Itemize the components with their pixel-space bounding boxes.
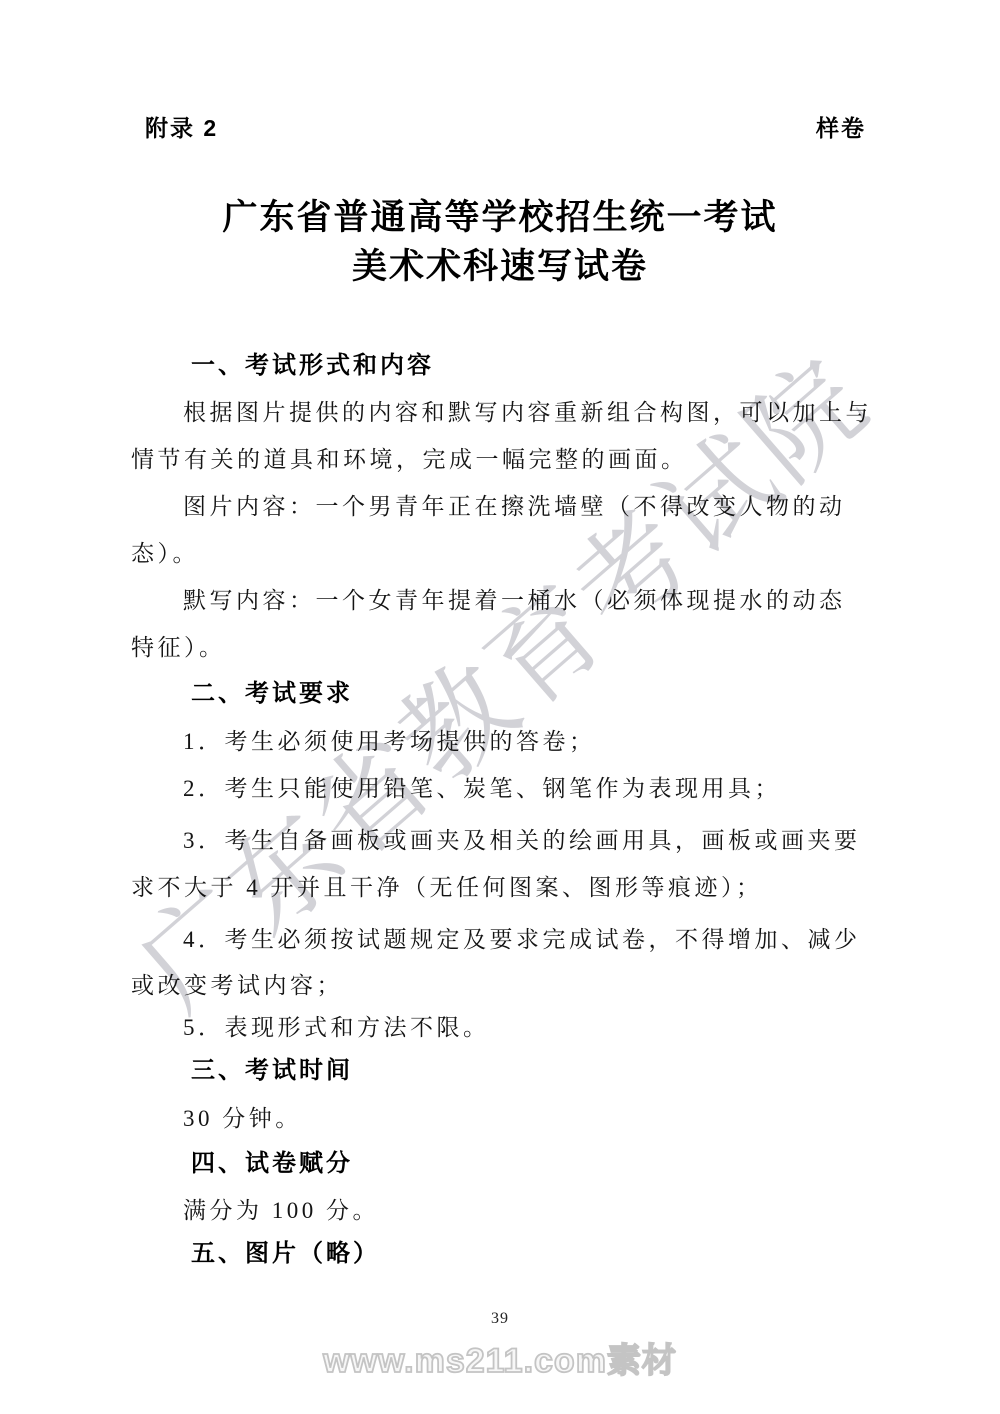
section-heading-5: 五、图片（略）	[131, 1237, 883, 1271]
body-line: 特征）。	[131, 631, 883, 665]
body-line: 态）。	[131, 537, 883, 571]
body-line: 默写内容：一个女青年提着一桶水（必须体现提水的动态	[131, 584, 883, 618]
sample-paper-label: 样卷	[816, 110, 866, 143]
body-line: 根据图片提供的内容和默写内容重新组合构图，可以加上与	[131, 396, 883, 430]
section-heading-1: 一、考试形式和内容	[131, 349, 883, 383]
body-line: 或改变考试内容；	[131, 969, 883, 1003]
document-title-line-2: 美术术科速写试卷	[352, 247, 648, 286]
body-line: 情节有关的道具和环境，完成一幅完整的画面。	[131, 443, 883, 477]
list-item-3: 3．考生自备画板或画夹及相关的绘画用具，画板或画夹要	[131, 824, 883, 858]
list-item-5: 5．表现形式和方法不限。	[131, 1011, 883, 1045]
document-title-line-1: 广东省普通高等学校招生统一考试	[222, 198, 777, 237]
document-title: 广东省普通高等学校招生统一考试 美术术科速写试卷	[0, 193, 1000, 291]
body-line: 图片内容：一个男青年正在擦洗墙壁（不得改变人物的动	[131, 490, 883, 524]
body-line: 满分为 100 分。	[131, 1194, 883, 1228]
appendix-label: 附录 2	[145, 110, 218, 143]
body-line: 求不大于 4 开并且干净（无任何图案、图形等痕迹）；	[131, 871, 883, 905]
list-item-1: 1．考生必须使用考场提供的答卷；	[131, 725, 883, 759]
section-heading-3: 三、考试时间	[131, 1054, 883, 1088]
list-item-4: 4．考生必须按试题规定及要求完成试卷，不得增加、减少	[131, 923, 883, 957]
body-line: 30 分钟。	[131, 1102, 883, 1136]
list-item-2: 2．考生只能使用铅笔、炭笔、钢笔作为表现用具；	[131, 772, 883, 806]
section-heading-4: 四、试卷赋分	[131, 1147, 883, 1181]
page-number: 39	[0, 1310, 1000, 1328]
section-heading-2: 二、考试要求	[131, 677, 883, 711]
source-site-watermark: www.ms211.com素材	[0, 1333, 1000, 1382]
document-page: 广东省教育考试院 附录 2 样卷 广东省普通高等学校招生统一考试 美术术科速写试…	[0, 0, 1000, 1414]
